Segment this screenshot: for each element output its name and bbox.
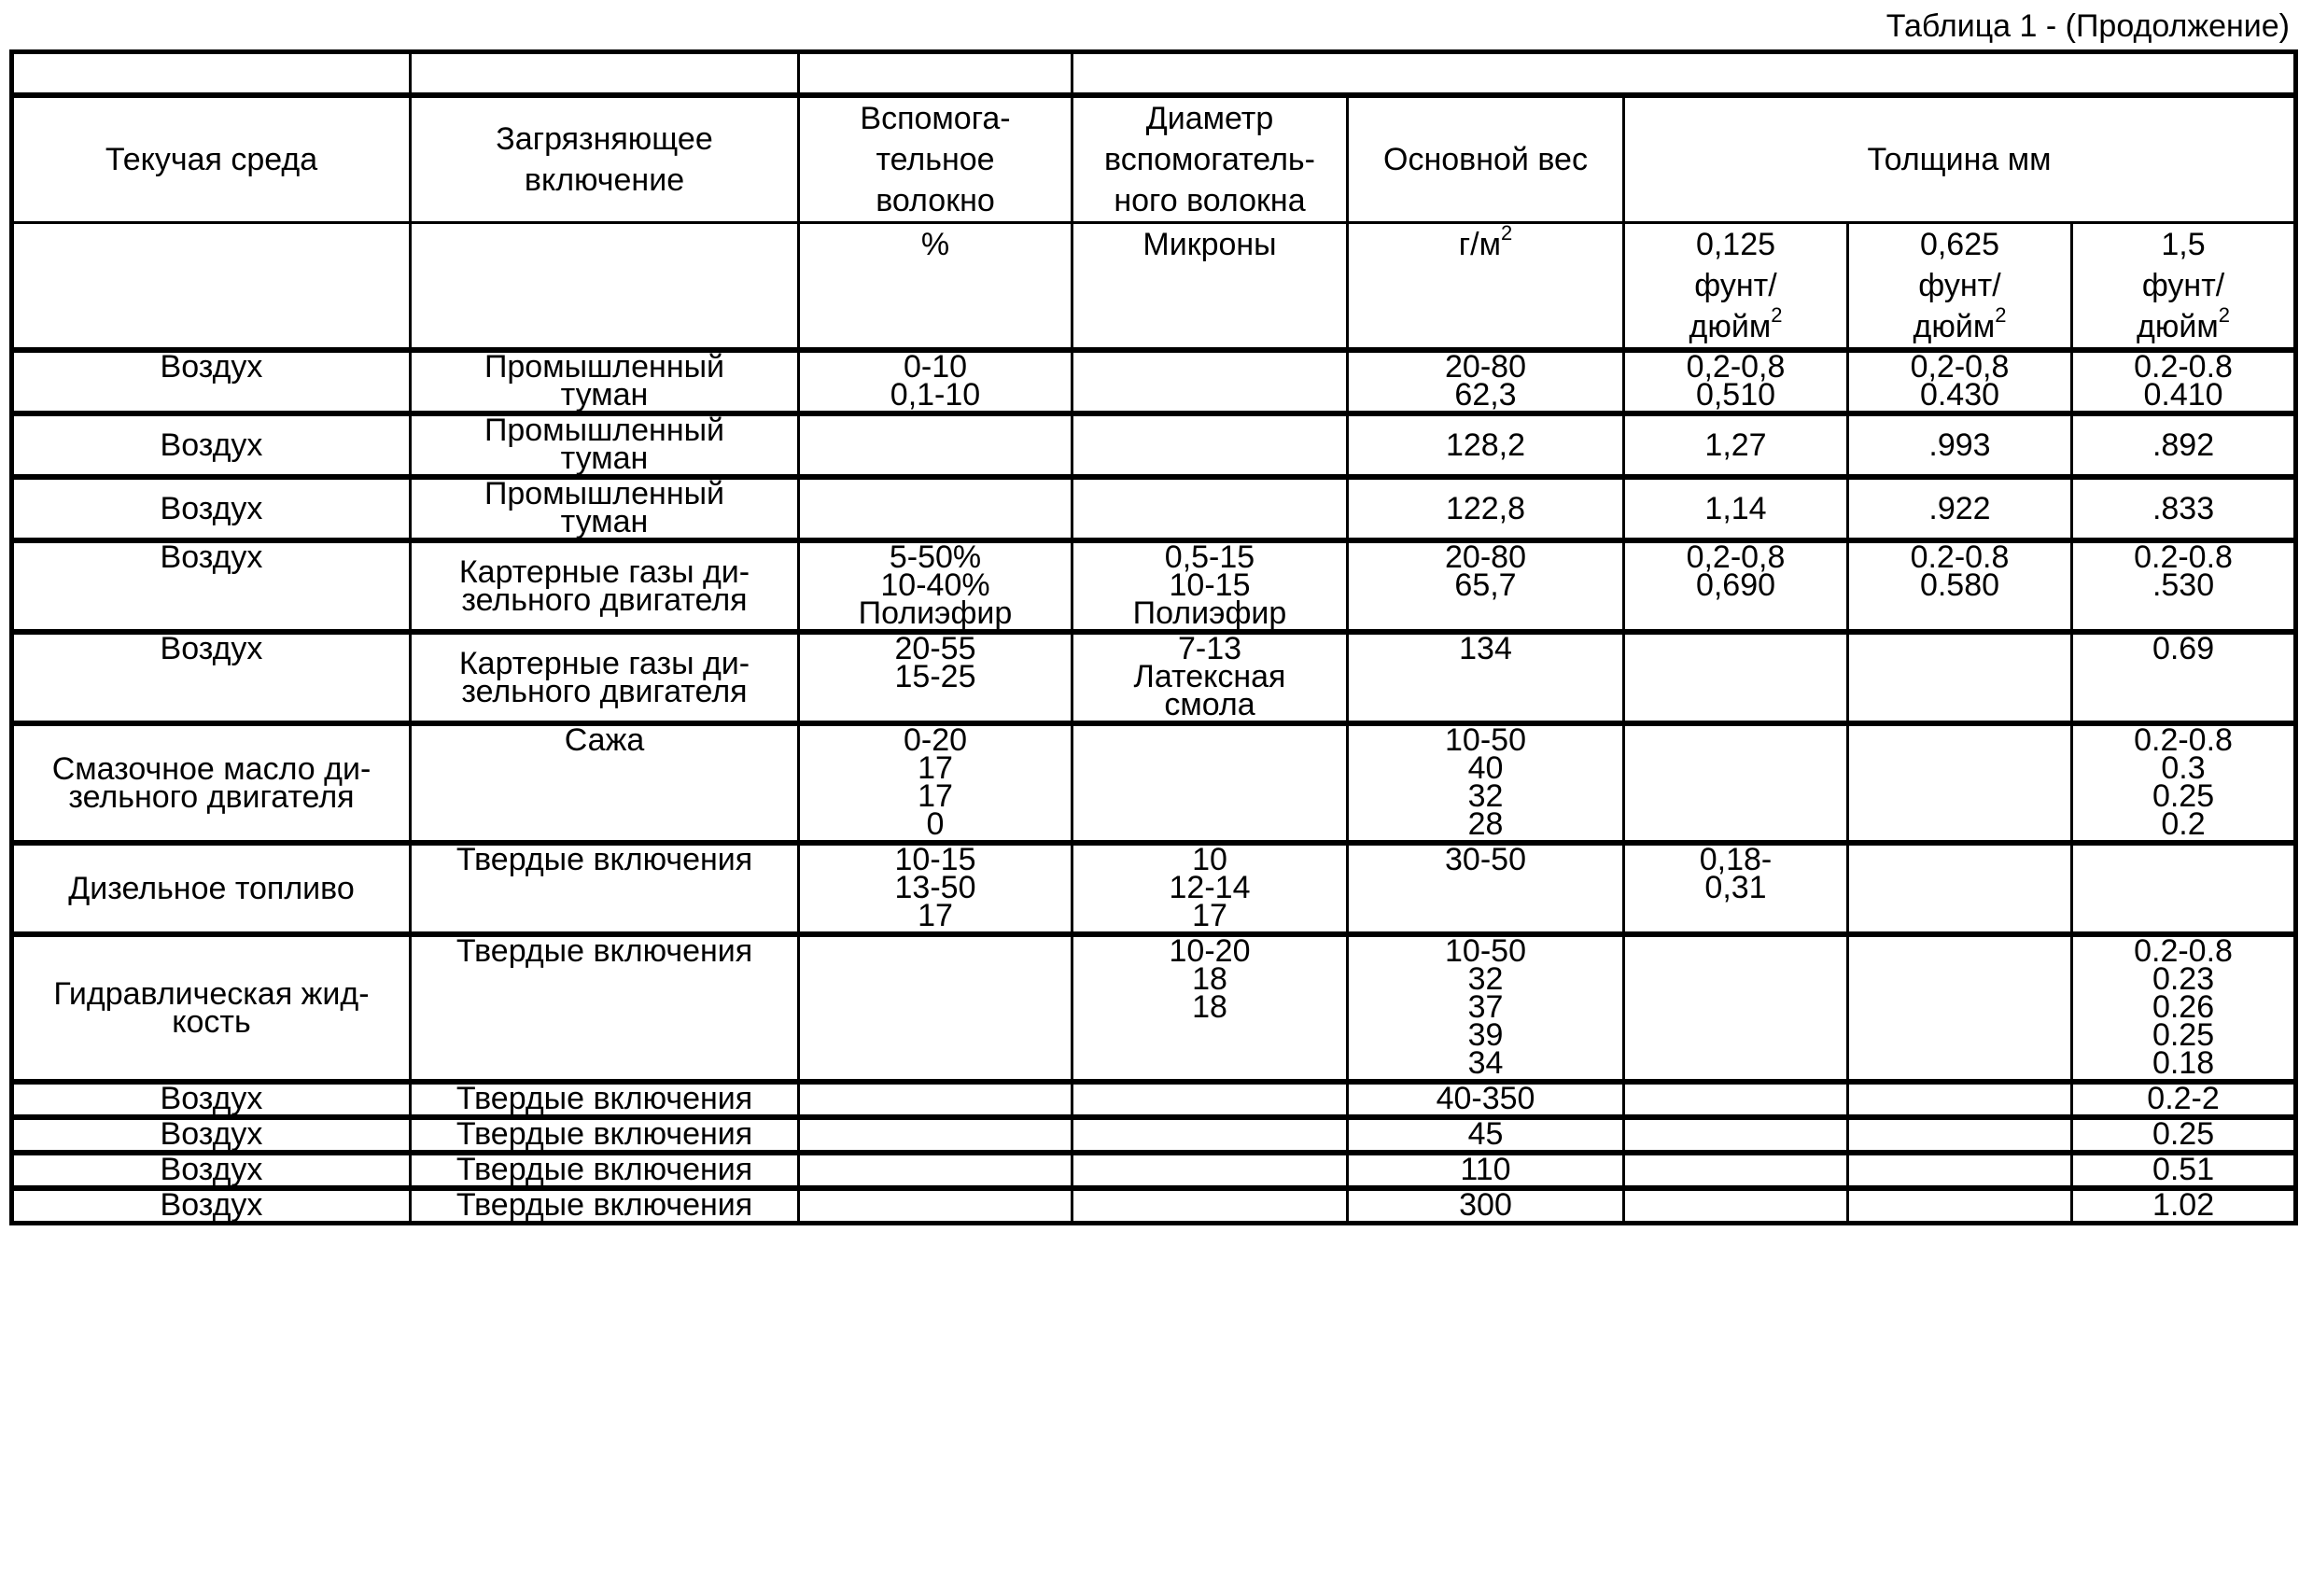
header-fluid: Текучая среда — [12, 95, 411, 223]
basis-weight-cell: 20-8062,3 — [1348, 350, 1624, 413]
units-diameter: Микроны — [1072, 223, 1348, 351]
cell-text-line: 62,3 — [1354, 381, 1617, 409]
cell-text-line: Воздух — [20, 1155, 403, 1183]
cell-text-line: Сажа — [417, 726, 792, 754]
aux-fiber-cell: 0-2017170 — [799, 723, 1072, 843]
cell-text-line: 30-50 — [1354, 846, 1617, 874]
diameter-cell: 1012-1417 — [1072, 843, 1348, 934]
cell-text-line: 0.2 — [2079, 810, 2288, 838]
cell-text-line: Воздух — [20, 635, 403, 663]
header-thickness: Толщина мм — [1624, 95, 2296, 223]
header-text-line: тельное — [806, 139, 1065, 180]
thickness-3-cell: 0.25 — [2072, 1117, 2296, 1153]
data-table: Текучая среда Загрязняющее включение Всп… — [9, 49, 2298, 1225]
thickness-3-cell: 0.2-0.80.30.250.2 — [2072, 723, 2296, 843]
cell-text-line: 128,2 — [1354, 431, 1617, 459]
fluid-cell: Воздух — [12, 1117, 411, 1153]
contaminant-cell: Твердые включения — [411, 1188, 799, 1224]
thickness-2-cell — [1848, 1082, 2072, 1117]
diameter-cell: 10-201818 — [1072, 934, 1348, 1082]
cell-text-line: зельного двигателя — [20, 783, 403, 811]
cell-text-line: Полиэфир — [806, 599, 1065, 627]
cell-text-line: туман — [417, 444, 792, 472]
cell-text-line: 0.410 — [2079, 381, 2288, 409]
thickness-2-cell: 0,2-0,80.430 — [1848, 350, 2072, 413]
cell-text-line: 65,7 — [1354, 571, 1617, 599]
units-row: % Микроны г/м2 0,125 фунт/ дюйм2 0,625 ф… — [12, 223, 2296, 351]
thickness-3-cell — [2072, 843, 2296, 934]
thickness-3-cell: 0.2-0.80.230.260.250.18 — [2072, 934, 2296, 1082]
cell-text-line: 0.2-2 — [2079, 1085, 2288, 1113]
table-row: ВоздухТвердые включения3001.02 — [12, 1188, 2296, 1224]
cell-text-line: Твердые включения — [417, 1155, 792, 1183]
aux-fiber-cell — [799, 1117, 1072, 1153]
diameter-cell — [1072, 350, 1348, 413]
thickness-2-cell — [1848, 843, 2072, 934]
cell-text-line: Воздух — [20, 1120, 403, 1148]
fluid-cell: Гидравлическая жид-кость — [12, 934, 411, 1082]
cell-text-line: 1,27 — [1631, 431, 1841, 459]
cell-text-line: Воздух — [20, 431, 403, 459]
superscript: 2 — [2219, 303, 2230, 327]
table-row: ВоздухПромышленныйтуман128,21,27.993.892 — [12, 413, 2296, 477]
basis-weight-cell: 30-50 — [1348, 843, 1624, 934]
table-row: ВоздухПромышленныйтуман122,81,14.922.833 — [12, 477, 2296, 540]
thickness-2-cell: 0.2-0.80.580 — [1848, 540, 2072, 632]
thickness-3-cell: 0.69 — [2072, 632, 2296, 723]
diameter-cell — [1072, 723, 1348, 843]
thickness-2-cell: .922 — [1848, 477, 2072, 540]
cell-text-line: 0.69 — [2079, 635, 2288, 663]
header-aux-fiber: Вспомога- тельное волокно — [799, 95, 1072, 223]
thickness-3-cell: .892 — [2072, 413, 2296, 477]
aux-fiber-cell — [799, 413, 1072, 477]
units-fluid — [12, 223, 411, 351]
units-text: фунт/ — [1631, 265, 1841, 306]
cell-text-line: 18 — [1079, 993, 1340, 1021]
contaminant-cell: Промышленныйтуман — [411, 413, 799, 477]
diameter-cell — [1072, 1117, 1348, 1153]
thickness-1-cell: 0,18-0,31 — [1624, 843, 1848, 934]
thickness-1-cell: 0,2-0,80,510 — [1624, 350, 1848, 413]
cell-text-line: 0,510 — [1631, 381, 1841, 409]
units-text: дюйм2 — [2079, 306, 2288, 347]
fluid-cell: Дизельное топливо — [12, 843, 411, 934]
thickness-2-cell — [1848, 1117, 2072, 1153]
table-row: ВоздухКартерные газы ди-зельного двигате… — [12, 540, 2296, 632]
diameter-cell: 0,5-1510-15Полиэфир — [1072, 540, 1348, 632]
cell-text-line: 40-350 — [1354, 1085, 1617, 1113]
fluid-cell: Воздух — [12, 477, 411, 540]
cell-text-line: Твердые включения — [417, 1120, 792, 1148]
cell-text-line: Воздух — [20, 543, 403, 571]
basis-weight-cell: 45 — [1348, 1117, 1624, 1153]
header-text-line: вспомогатель- — [1079, 139, 1340, 180]
units-text: дюйм — [1913, 309, 1996, 344]
table-row: Гидравлическая жид-костьТвердые включени… — [12, 934, 2296, 1082]
thickness-1-cell — [1624, 1153, 1848, 1188]
cell-text-line: 1.02 — [2079, 1191, 2288, 1219]
diameter-cell — [1072, 413, 1348, 477]
thickness-2-cell — [1848, 1153, 2072, 1188]
units-text: 0,625 — [1855, 224, 2065, 265]
table-body: Текучая среда Загрязняющее включение Всп… — [12, 52, 2296, 1224]
fluid-cell: Смазочное масло ди-зельного двигателя — [12, 723, 411, 843]
cell-text-line: 0.580 — [1855, 571, 2065, 599]
empty-cell — [411, 52, 799, 96]
basis-weight-cell: 110 — [1348, 1153, 1624, 1188]
cell-text-line: смола — [1079, 691, 1340, 719]
units-basis-weight: г/м2 — [1348, 223, 1624, 351]
aux-fiber-cell — [799, 1153, 1072, 1188]
cell-text-line: Воздух — [20, 1191, 403, 1219]
aux-fiber-cell: 10-1513-5017 — [799, 843, 1072, 934]
cell-text-line: Дизельное топливо — [20, 875, 403, 903]
header-text-line: волокно — [806, 180, 1065, 221]
basis-weight-cell: 10-50403228 — [1348, 723, 1624, 843]
diameter-cell — [1072, 1153, 1348, 1188]
thickness-3-cell: 0.2-0.8.530 — [2072, 540, 2296, 632]
cell-text-line: 45 — [1354, 1120, 1617, 1148]
empty-header-row — [12, 52, 2296, 96]
units-text: дюйм2 — [1855, 306, 2065, 347]
cell-text-line: зельного двигателя — [417, 678, 792, 706]
units-text: 0,125 — [1631, 224, 1841, 265]
cell-text-line: Твердые включения — [417, 1191, 792, 1219]
contaminant-cell: Картерные газы ди-зельного двигателя — [411, 540, 799, 632]
units-text: фунт/ — [1855, 265, 2065, 306]
cell-text-line: 1,14 — [1631, 495, 1841, 523]
units-thickness-2: 0,625 фунт/ дюйм2 — [1848, 223, 2072, 351]
units-aux-fiber: % — [799, 223, 1072, 351]
thickness-1-cell: 1,14 — [1624, 477, 1848, 540]
cell-text-line: .833 — [2079, 495, 2288, 523]
cell-text-line: 17 — [806, 902, 1065, 930]
header-aux-fiber-diameter: Диаметр вспомогатель- ного волокна — [1072, 95, 1348, 223]
thickness-1-cell: 1,27 — [1624, 413, 1848, 477]
cell-text-line: .530 — [2079, 571, 2288, 599]
cell-text-line: Воздух — [20, 1085, 403, 1113]
header-basis-weight: Основной вес — [1348, 95, 1624, 223]
cell-text-line: 0.18 — [2079, 1049, 2288, 1077]
cell-text-line: Твердые включения — [417, 846, 792, 874]
cell-text-line: 17 — [1079, 902, 1340, 930]
contaminant-cell: Твердые включения — [411, 1117, 799, 1153]
cell-text-line: 0 — [806, 810, 1065, 838]
thickness-2-cell — [1848, 934, 2072, 1082]
cell-text-line: 34 — [1354, 1049, 1617, 1077]
contaminant-cell: Твердые включения — [411, 843, 799, 934]
aux-fiber-cell: 0-100,1-10 — [799, 350, 1072, 413]
superscript: 2 — [1501, 223, 1512, 245]
contaminant-cell: Промышленныйтуман — [411, 477, 799, 540]
diameter-cell: 7-13Латекснаясмола — [1072, 632, 1348, 723]
cell-text-line: 0,690 — [1631, 571, 1841, 599]
cell-text-line: 28 — [1354, 810, 1617, 838]
thickness-2-cell — [1848, 632, 2072, 723]
units-text: дюйм2 — [1631, 306, 1841, 347]
contaminant-cell: Твердые включения — [411, 934, 799, 1082]
units-contaminant — [411, 223, 799, 351]
aux-fiber-cell — [799, 1082, 1072, 1117]
contaminant-cell: Промышленныйтуман — [411, 350, 799, 413]
cell-text-line: Воздух — [20, 353, 403, 381]
fluid-cell: Воздух — [12, 632, 411, 723]
aux-fiber-cell — [799, 477, 1072, 540]
units-thickness-3: 1,5 фунт/ дюйм2 — [2072, 223, 2296, 351]
contaminant-cell: Сажа — [411, 723, 799, 843]
aux-fiber-cell — [799, 934, 1072, 1082]
units-text: 1,5 — [2079, 224, 2288, 265]
cell-text-line: кость — [20, 1008, 403, 1036]
cell-text-line: Полиэфир — [1079, 599, 1340, 627]
thickness-1-cell: 0,2-0,80,690 — [1624, 540, 1848, 632]
fluid-cell: Воздух — [12, 350, 411, 413]
diameter-cell — [1072, 477, 1348, 540]
fluid-cell: Воздух — [12, 1082, 411, 1117]
table-row: ВоздухТвердые включения450.25 — [12, 1117, 2296, 1153]
cell-text-line: 134 — [1354, 635, 1617, 663]
thickness-2-cell — [1848, 723, 2072, 843]
thickness-1-cell — [1624, 934, 1848, 1082]
thickness-2-cell — [1848, 1188, 2072, 1224]
units-text: фунт/ — [2079, 265, 2288, 306]
fluid-cell: Воздух — [12, 1153, 411, 1188]
thickness-1-cell — [1624, 632, 1848, 723]
aux-fiber-cell: 5-50%10-40%Полиэфир — [799, 540, 1072, 632]
cell-text-line: 110 — [1354, 1155, 1617, 1183]
empty-cell — [1072, 52, 2296, 96]
cell-text-line: 300 — [1354, 1191, 1617, 1219]
thickness-1-cell — [1624, 1188, 1848, 1224]
table-row: ВоздухТвердые включения1100.51 — [12, 1153, 2296, 1188]
thickness-1-cell — [1624, 1082, 1848, 1117]
thickness-1-cell — [1624, 723, 1848, 843]
table-row: ВоздухТвердые включения40-3500.2-2 — [12, 1082, 2296, 1117]
table-row: Дизельное топливоТвердые включения10-151… — [12, 843, 2296, 934]
cell-text-line: Воздух — [20, 495, 403, 523]
diameter-cell — [1072, 1188, 1348, 1224]
table-row: ВоздухПромышленныйтуман0-100,1-1020-8062… — [12, 350, 2296, 413]
header-contaminant: Загрязняющее включение — [411, 95, 799, 223]
cell-text-line: туман — [417, 381, 792, 409]
thickness-3-cell: 1.02 — [2072, 1188, 2296, 1224]
cell-text-line: .993 — [1855, 431, 2065, 459]
empty-cell — [799, 52, 1072, 96]
contaminant-cell: Картерные газы ди-зельного двигателя — [411, 632, 799, 723]
cell-text-line: зельного двигателя — [417, 586, 792, 614]
cell-text-line: туман — [417, 508, 792, 536]
basis-weight-cell: 20-8065,7 — [1348, 540, 1624, 632]
table-row: ВоздухКартерные газы ди-зельного двигате… — [12, 632, 2296, 723]
cell-text-line: Твердые включения — [417, 937, 792, 965]
header-text-line: Диаметр — [1079, 98, 1340, 139]
header-text-line: ного волокна — [1079, 180, 1340, 221]
diameter-cell — [1072, 1082, 1348, 1117]
superscript: 2 — [1771, 303, 1782, 327]
thickness-3-cell: 0.51 — [2072, 1153, 2296, 1188]
header-contaminant-text: Загрязняющее включение — [417, 119, 792, 201]
contaminant-cell: Твердые включения — [411, 1082, 799, 1117]
basis-weight-cell: 134 — [1348, 632, 1624, 723]
cell-text-line: 0.25 — [2079, 1120, 2288, 1148]
fluid-cell: Воздух — [12, 1188, 411, 1224]
units-text: г/м — [1459, 227, 1501, 262]
cell-text-line: Твердые включения — [417, 1085, 792, 1113]
cell-text-line: 15-25 — [806, 663, 1065, 691]
units-thickness-1: 0,125 фунт/ дюйм2 — [1624, 223, 1848, 351]
header-text-line: Вспомога- — [806, 98, 1065, 139]
basis-weight-cell: 40-350 — [1348, 1082, 1624, 1117]
fluid-cell: Воздух — [12, 413, 411, 477]
thickness-2-cell: .993 — [1848, 413, 2072, 477]
cell-text-line: .892 — [2079, 431, 2288, 459]
thickness-3-cell: 0.2-0.80.410 — [2072, 350, 2296, 413]
table-caption: Таблица 1 - (Продолжение) — [1886, 7, 2290, 45]
superscript: 2 — [1995, 303, 2006, 327]
cell-text-line: 0.51 — [2079, 1155, 2288, 1183]
empty-cell — [12, 52, 411, 96]
basis-weight-cell: 122,8 — [1348, 477, 1624, 540]
contaminant-cell: Твердые включения — [411, 1153, 799, 1188]
thickness-3-cell: .833 — [2072, 477, 2296, 540]
thickness-3-cell: 0.2-2 — [2072, 1082, 2296, 1117]
basis-weight-cell: 10-5032373934 — [1348, 934, 1624, 1082]
cell-text-line: 122,8 — [1354, 495, 1617, 523]
cell-text-line: .922 — [1855, 495, 2065, 523]
units-text: дюйм — [2137, 309, 2219, 344]
thickness-1-cell — [1624, 1117, 1848, 1153]
header-row: Текучая среда Загрязняющее включение Всп… — [12, 95, 2296, 223]
aux-fiber-cell: 20-5515-25 — [799, 632, 1072, 723]
cell-text-line: 0.430 — [1855, 381, 2065, 409]
basis-weight-cell: 128,2 — [1348, 413, 1624, 477]
aux-fiber-cell — [799, 1188, 1072, 1224]
units-text: дюйм — [1689, 309, 1772, 344]
cell-text-line: 0,1-10 — [806, 381, 1065, 409]
table-row: Смазочное масло ди-зельного двигателяСаж… — [12, 723, 2296, 843]
basis-weight-cell: 300 — [1348, 1188, 1624, 1224]
fluid-cell: Воздух — [12, 540, 411, 632]
cell-text-line: 0,31 — [1631, 874, 1841, 902]
